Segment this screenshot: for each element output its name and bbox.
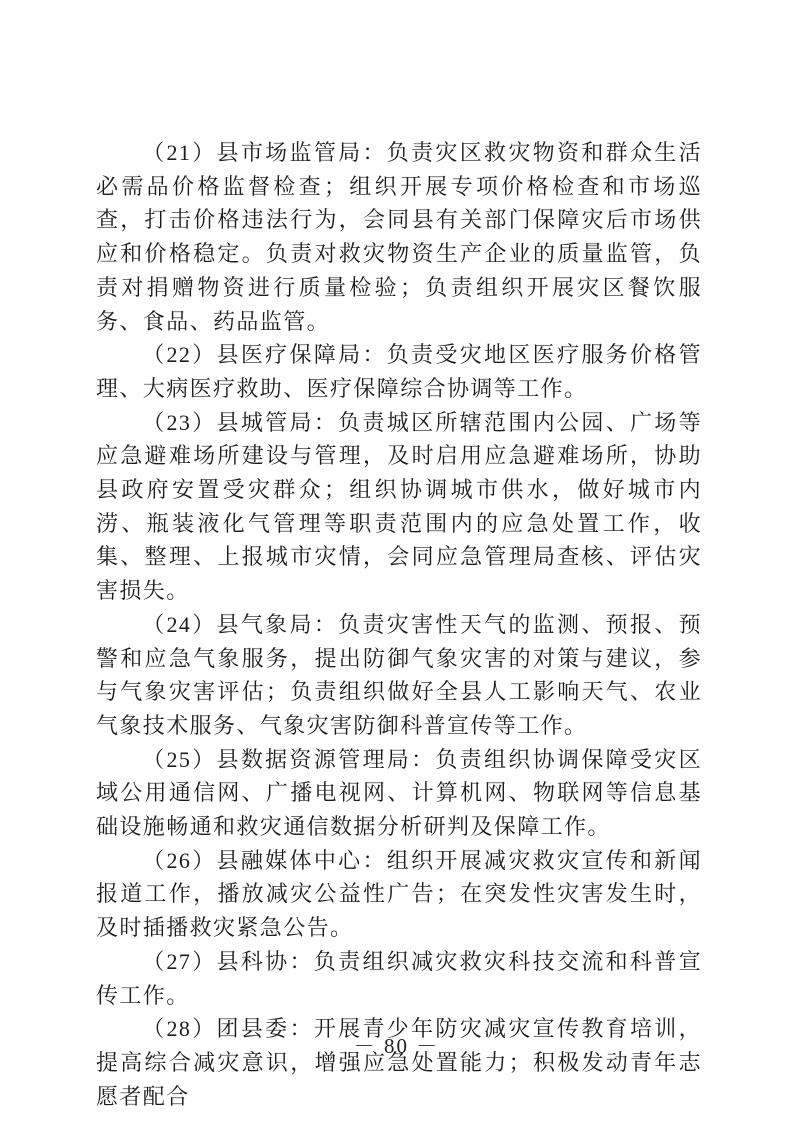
document-body: （21）县市场监管局：负责灾区救灾物资和群众生活必需品价格监督检查；组织开展专项… — [96, 136, 702, 1113]
paragraph-26: （26）县融媒体中心：组织开展减灾救灾宣传和新闻报道工作，播放减灾公益性广告；在… — [96, 844, 702, 945]
paragraph-21: （21）县市场监管局：负责灾区救灾物资和群众生活必需品价格监督检查；组织开展专项… — [96, 136, 702, 338]
paragraph-27: （27）县科协：负责组织减灾救灾科技交流和科普宣传工作。 — [96, 945, 702, 1012]
page-number: － 80 － — [0, 1030, 793, 1060]
paragraph-23: （23）县城管局：负责城区所辖范围内公园、广场等应急避难场所建设与管理，及时启用… — [96, 406, 702, 608]
paragraph-25: （25）县数据资源管理局：负责组织协调保障受灾区域公用通信网、广播电视网、计算机… — [96, 743, 702, 844]
paragraph-28: （28）团县委：开展青少年防灾减灾宣传教育培训，提高综合减灾意识，增强应急处置能… — [96, 1012, 702, 1113]
paragraph-24: （24）县气象局：负责灾害性天气的监测、预报、预警和应急气象服务，提出防御气象灾… — [96, 608, 702, 743]
paragraph-22: （22）县医疗保障局：负责受灾地区医疗服务价格管理、大病医疗救助、医疗保障综合协… — [96, 338, 702, 405]
document-page: （21）县市场监管局：负责灾区救灾物资和群众生活必需品价格监督检查；组织开展专项… — [0, 0, 793, 1122]
